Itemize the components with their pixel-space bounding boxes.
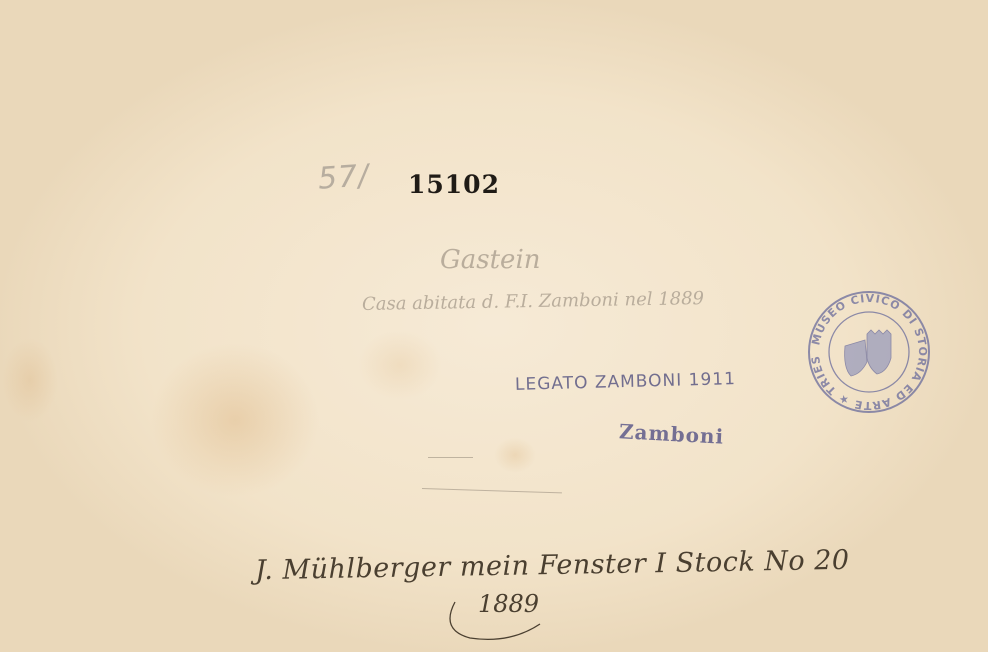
coat-of-arms-icon <box>845 330 891 376</box>
pencil-catalog-number: 57/ <box>317 158 371 196</box>
inventory-number-stamp: 15102 <box>408 170 500 199</box>
pencil-place-name: Gastein <box>440 245 541 275</box>
pencil-line-short <box>428 457 473 458</box>
ink-flourish <box>440 600 560 645</box>
museum-seal-stamp: MUSEO CIVICO DI STORIA ED ARTE ★ TRIESTE… <box>805 288 933 416</box>
